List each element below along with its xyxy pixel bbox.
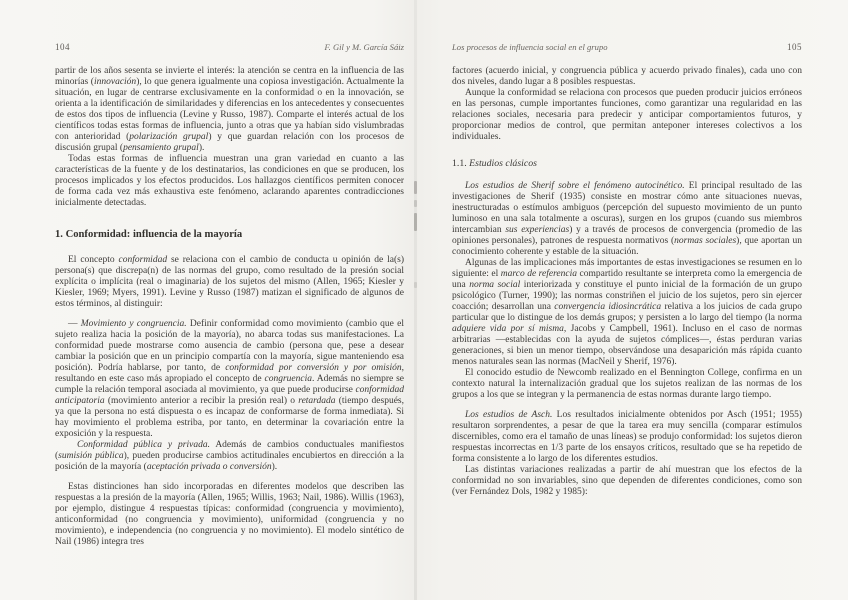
text-run: (movimiento anterior a recibir la presió… — [105, 396, 299, 406]
paragraph: Estas distinciones han sido incorporadas… — [55, 482, 404, 548]
paragraph: El concepto conformidad se relaciona con… — [55, 255, 404, 310]
page-left-body: partir de los años sesenta se invierte e… — [55, 66, 404, 548]
text-run: — — [68, 319, 81, 329]
italic-text-run: Conformidad pública y privada. — [77, 440, 210, 450]
italic-text-run: Los estudios de Sherif sobre el fenómeno… — [465, 181, 685, 191]
italic-text-run: pensamiento grupal — [123, 143, 199, 153]
page-left: 104 F. Gil y M. García Sáiz partir de lo… — [55, 0, 404, 600]
gutter-shadow-mark — [414, 213, 417, 231]
page-right: Los procesos de influencia social en el … — [452, 0, 802, 600]
italic-text-run: Los estudios de Asch. — [465, 410, 552, 420]
paragraph: — Movimiento y congruencia. Definir conf… — [55, 319, 404, 440]
gutter-shadow-mark — [414, 200, 417, 207]
paragraph: Las distintas variaciones realizadas a p… — [452, 465, 802, 498]
page-right-body: factores (acuerdo inicial, y congruencia… — [452, 66, 802, 498]
text-run: 1. Conformidad: influencia de la mayoría — [55, 229, 242, 240]
italic-text-run: sumisión pública — [58, 451, 123, 461]
text-run: ). — [199, 143, 205, 153]
italic-text-run: Movimiento y congruencia. — [81, 319, 187, 329]
page-right-header: Los procesos de influencia social en el … — [452, 42, 802, 52]
paragraph: factores (acuerdo inicial, y congruencia… — [452, 66, 802, 88]
running-head-authors: F. Gil y M. García Sáiz — [325, 42, 405, 52]
running-head-chapter-title: Los procesos de influencia social en el … — [452, 42, 608, 52]
italic-text-run: convergencia idiosincrática — [554, 302, 661, 312]
italic-text-run: innovación — [94, 77, 136, 87]
text-run: Todas estas formas de influencia muestra… — [55, 154, 404, 208]
italic-text-run: sus experiencias — [505, 225, 569, 235]
paragraph: Conformidad pública y privada. Además de… — [55, 440, 404, 473]
paragraph: El conocido estudio de Newcomb realizado… — [452, 368, 802, 401]
italic-text-run: polarización grupal — [129, 132, 208, 142]
text-run: ). — [272, 462, 278, 472]
book-scan-spread: 104 F. Gil y M. García Sáiz partir de lo… — [0, 0, 848, 600]
paragraph: Los estudios de Asch. Los resultados ini… — [452, 410, 802, 465]
paragraph: partir de los años sesenta se invierte e… — [55, 66, 404, 154]
text-run: El concepto — [68, 255, 119, 265]
text-run: factores (acuerdo inicial, y congruencia… — [452, 66, 802, 87]
gutter-shadow-mark — [414, 282, 417, 288]
page-number-left: 104 — [55, 42, 70, 52]
italic-text-run: adquiere vida por sí misma — [452, 324, 564, 334]
italic-text-run: norma social — [469, 280, 520, 290]
paragraph: Algunas de las implicaciones más importa… — [452, 258, 802, 368]
italic-text-run: Estudios clásicos — [469, 158, 537, 169]
italic-text-run: aceptación privada o conversión — [147, 462, 272, 472]
italic-text-run: congruencia — [265, 374, 313, 384]
italic-text-run: normas sociales — [674, 236, 736, 246]
page-left-header: 104 F. Gil y M. García Sáiz — [55, 42, 404, 52]
section-heading: 1. Conformidad: influencia de la mayoría — [55, 229, 404, 240]
italic-text-run: conformidad por conversión y por omisión — [225, 363, 401, 373]
italic-text-run: retardada — [298, 396, 335, 406]
text-run: Las distintas variaciones realizadas a p… — [452, 465, 802, 497]
paragraph: Aunque la conformidad se relaciona con p… — [452, 88, 802, 143]
section-heading: 1.1. Estudios clásicos — [452, 158, 802, 169]
text-run: 1.1. — [452, 158, 469, 169]
page-number-right: 105 — [787, 42, 802, 52]
paragraph: Los estudios de Sherif sobre el fenómeno… — [452, 181, 802, 258]
paragraph: Todas estas formas de influencia muestra… — [55, 154, 404, 209]
italic-text-run: conformidad — [119, 255, 168, 265]
italic-text-run: marco de referencia — [501, 269, 577, 279]
page-gutter — [414, 0, 417, 600]
text-run: El conocido estudio de Newcomb realizado… — [452, 368, 802, 400]
text-run: Estas distinciones han sido incorporadas… — [55, 482, 404, 547]
text-run: Aunque la conformidad se relaciona con p… — [452, 88, 802, 142]
gutter-shadow-mark — [414, 181, 417, 194]
